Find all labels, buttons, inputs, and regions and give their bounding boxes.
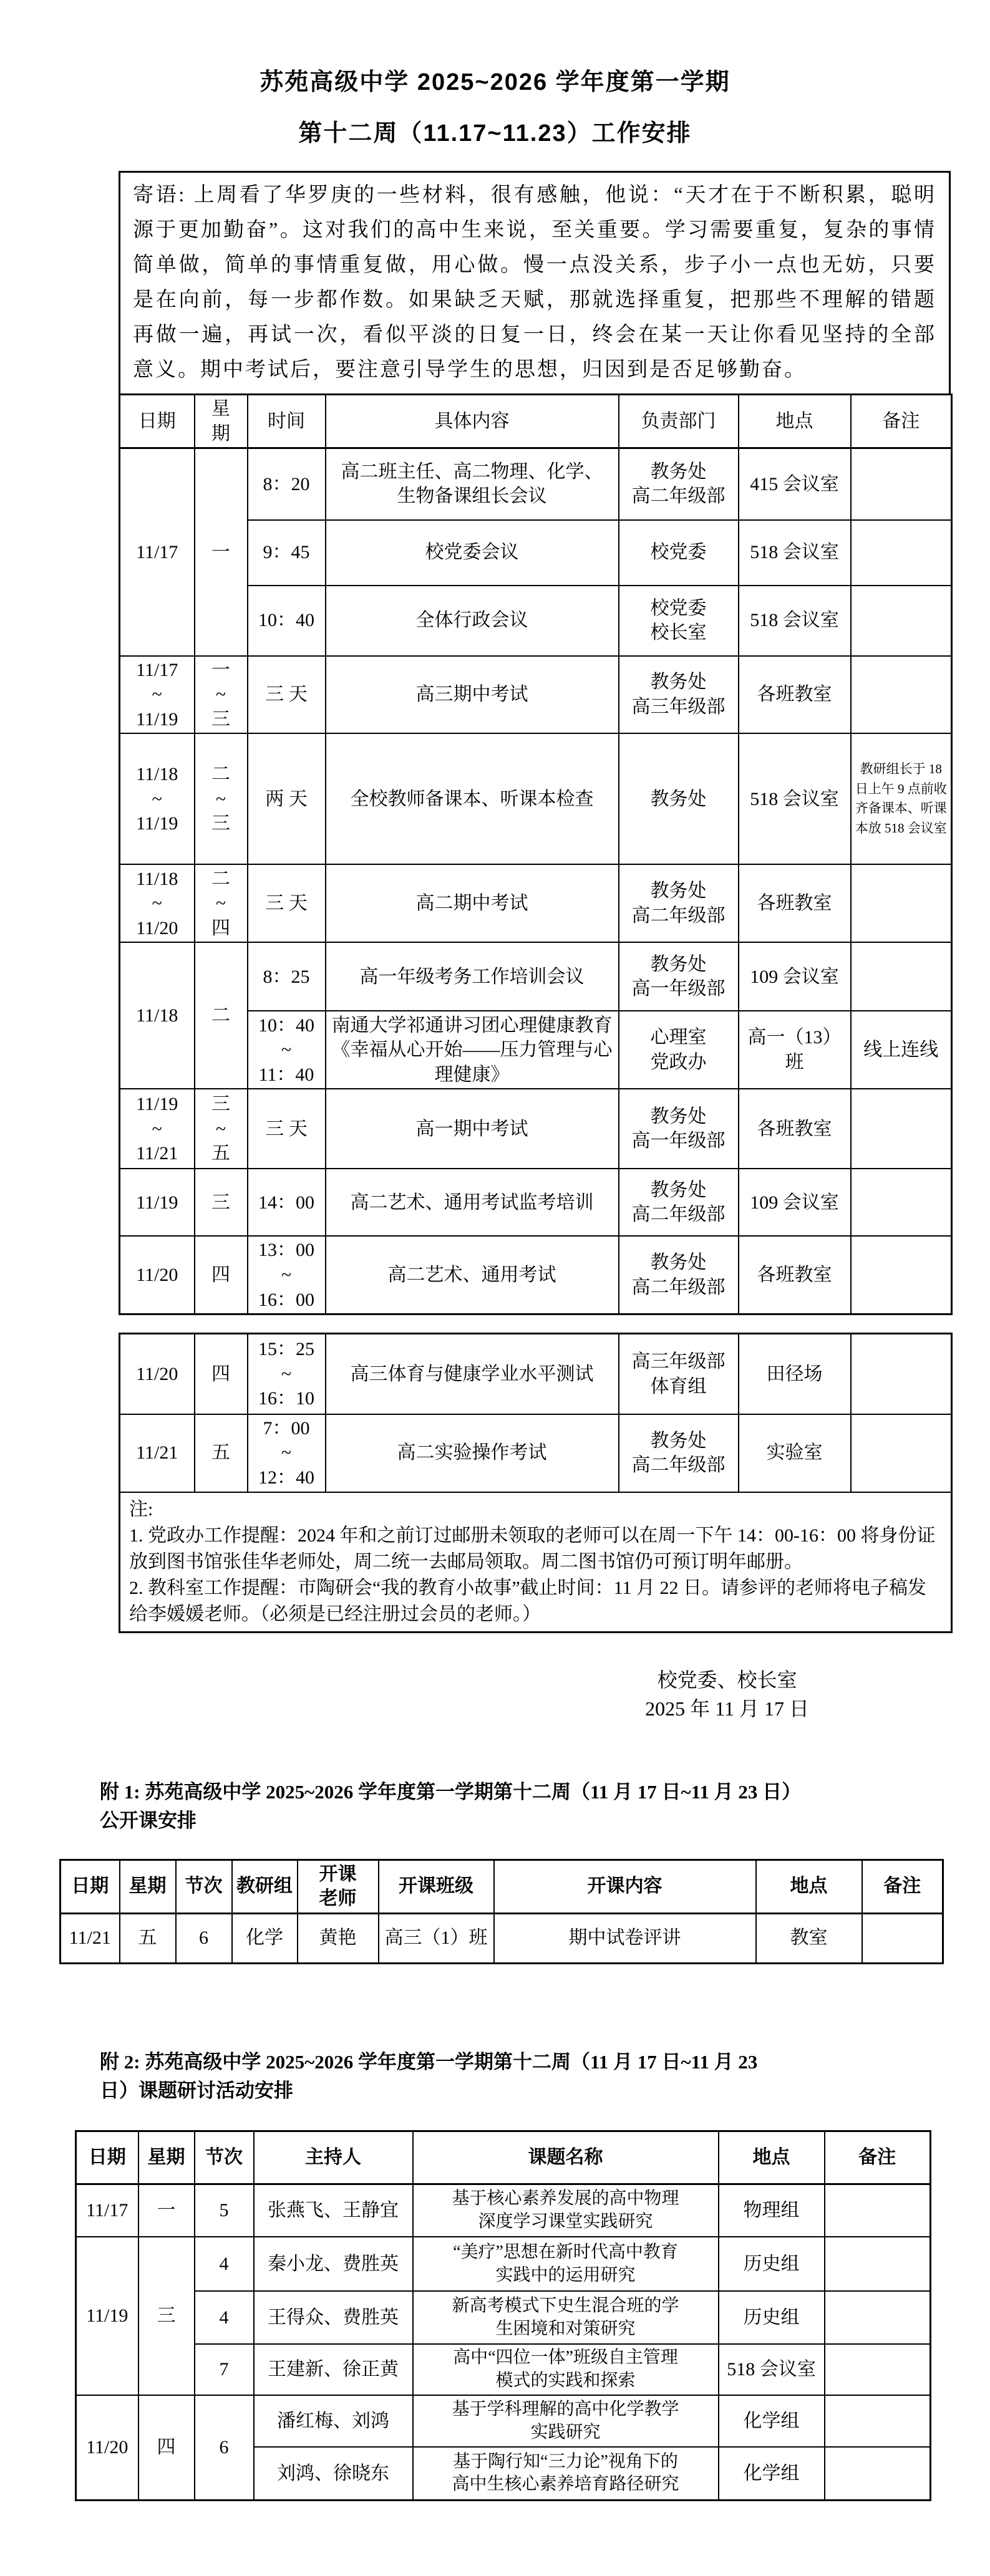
notes-cell: 注: 1. 党政办工作提醒：2024 年和之前订过邮册未领取的老师可以在周一下午… xyxy=(120,1492,952,1633)
cell-class: 高三（1）班 xyxy=(379,1913,494,1963)
annex2-table: 日期 星期 节次 主持人 课题名称 地点 备注 11/17 一 5 张燕飞、王静… xyxy=(75,2130,931,2501)
table-row: 11/17 ~ 11/19 一 ~ 三 三 天 高三期中考试 教务处 高三年级部… xyxy=(120,656,952,734)
cell-date: 11/20 xyxy=(120,1334,195,1414)
annex1-table: 日期 星期 节次 教研组 开课 老师 开课班级 开课内容 地点 备注 11/21… xyxy=(59,1859,944,1964)
schedule-table-continued: 11/20 四 15：25 ~ 16：10 高三体育与健康学业水平测试 高三年级… xyxy=(119,1333,953,1633)
table-row: 7 王建新、徐正黄 高中“四位一体”班级自主管理 模式的实践和探索 518 会议… xyxy=(76,2344,931,2395)
cell-week: 三 ~ 五 xyxy=(195,1089,248,1169)
table-row: 11/17 一 5 张燕飞、王静宜 基于核心素养发展的高中物理 深度学习课堂实践… xyxy=(76,2184,931,2237)
cell-dept: 心理室 党政办 xyxy=(619,1011,739,1089)
annex1-section: 日期 星期 节次 教研组 开课 老师 开课班级 开课内容 地点 备注 11/21… xyxy=(0,1859,990,1964)
cell-place: 518 会议室 xyxy=(739,586,851,656)
cell-place: 518 会议室 xyxy=(739,520,851,586)
cell-week: 一 ~ 三 xyxy=(195,656,248,734)
col-header-dept: 负责部门 xyxy=(619,395,739,448)
col-header-group: 教研组 xyxy=(232,1860,298,1913)
table-row: 11/20 四 13：00 ~ 16：00 高二艺术、通用考试 教务处 高二年级… xyxy=(120,1236,952,1314)
cell-content: 高二期中考试 xyxy=(326,864,619,942)
cell-date: 11/20 xyxy=(76,2395,138,2500)
col-header-note: 备注 xyxy=(862,1860,943,1913)
cell-time: 8：20 xyxy=(248,448,326,520)
cell-host: 张燕飞、王静宜 xyxy=(254,2184,413,2237)
signature-date: 2025 年 11 月 17 日 xyxy=(645,1694,809,1723)
table-row: 11/18 ~ 11/19 二 ~ 三 两 天 全校教师备课本、听课本检查 教务… xyxy=(120,733,952,864)
preamble-box: 寄语: 上周看了华罗庚的一些材料，很有感触，他说：“天才在于不断积累，聪明源于更… xyxy=(119,171,951,395)
cell-week: 四 xyxy=(195,1334,248,1414)
col-header-place: 地点 xyxy=(739,395,851,448)
cell-week: 一 xyxy=(138,2184,195,2237)
cell-content: 高二班主任、高二物理、化学、 生物备课组长会议 xyxy=(326,448,619,520)
cell-content: 高一年级考务工作培训会议 xyxy=(326,942,619,1011)
cell-note xyxy=(851,1414,952,1492)
bottom-margin xyxy=(0,2501,990,2576)
cell-content: 高三期中考试 xyxy=(326,656,619,734)
cell-content: 校党委会议 xyxy=(326,520,619,586)
col-header-week: 星期 xyxy=(120,1860,176,1913)
cell-date: 11/18 xyxy=(120,942,195,1089)
cell-place: 化学组 xyxy=(719,2395,825,2447)
cell-note xyxy=(851,1236,952,1314)
cell-time: 15：25 ~ 16：10 xyxy=(248,1334,326,1414)
page-title-line2: 第十二周（11.17~11.23）工作安排 xyxy=(0,118,990,148)
table-row: 11/21 五 7：00 ~ 12：40 高二实验操作考试 教务处 高二年级部 … xyxy=(120,1414,952,1492)
cell-note xyxy=(851,942,952,1011)
col-header-week: 星 期 xyxy=(195,395,248,448)
signature-block: 校党委、校长室 2025 年 11 月 17 日 xyxy=(645,1666,809,1723)
cell-note xyxy=(851,520,952,586)
cell-note xyxy=(825,2237,931,2291)
cell-week: 一 xyxy=(195,448,248,656)
col-header-topic: 课题名称 xyxy=(413,2131,719,2184)
cell-date: 11/19 xyxy=(76,2237,138,2395)
notes-row: 注: 1. 党政办工作提醒：2024 年和之前订过邮册未领取的老师可以在周一下午… xyxy=(120,1492,952,1633)
col-header-period: 节次 xyxy=(195,2131,254,2184)
cell-note xyxy=(851,656,952,734)
cell-dept: 高三年级部 体育组 xyxy=(619,1334,739,1414)
cell-place: 实验室 xyxy=(739,1414,851,1492)
cell-content: 高三体育与健康学业水平测试 xyxy=(326,1334,619,1414)
cell-teacher: 黄艳 xyxy=(298,1913,379,1963)
cell-dept: 教务处 高二年级部 xyxy=(619,864,739,942)
cell-note xyxy=(851,1334,952,1414)
cell-time: 三 天 xyxy=(248,864,326,942)
col-header-host: 主持人 xyxy=(254,2131,413,2184)
cell-content: 高二实验操作考试 xyxy=(326,1414,619,1492)
cell-place: 化学组 xyxy=(719,2447,825,2500)
col-header-date: 日期 xyxy=(76,2131,138,2184)
cell-period: 4 xyxy=(195,2237,254,2291)
cell-week: 四 xyxy=(138,2395,195,2500)
cell-note xyxy=(862,1913,943,1963)
cell-topic: “美疗”思想在新时代高中教育 实践中的运用研究 xyxy=(413,2237,719,2291)
col-header-place: 地点 xyxy=(719,2131,825,2184)
cell-content: 期中试卷评讲 xyxy=(494,1913,756,1963)
cell-time: 7：00 ~ 12：40 xyxy=(248,1414,326,1492)
document-page: 苏苑高级中学 2025~2026 学年度第一学期 第十二周（11.17~11.2… xyxy=(0,0,990,2576)
cell-date: 11/17 ~ 11/19 xyxy=(120,656,195,734)
cell-time: 两 天 xyxy=(248,733,326,864)
cell-place: 109 会议室 xyxy=(739,942,851,1011)
annex2-title: 附 2: 苏苑高级中学 2025~2026 学年度第一学期第十二周（11 月 1… xyxy=(100,2048,909,2105)
table-row: 11/18 二 8：25 高一年级考务工作培训会议 教务处 高一年级部 109 … xyxy=(120,942,952,1011)
schedule-header-row: 日期 星 期 时间 具体内容 负责部门 地点 备注 xyxy=(120,395,952,448)
col-header-week: 星期 xyxy=(138,2131,195,2184)
cell-place: 各班教室 xyxy=(739,864,851,942)
cell-week: 二 ~ 四 xyxy=(195,864,248,942)
cell-note xyxy=(825,2447,931,2500)
cell-note xyxy=(851,864,952,942)
cell-host: 王建新、徐正黄 xyxy=(254,2344,413,2395)
cell-dept: 教务处 高一年级部 xyxy=(619,1089,739,1169)
table-row: 11/17 一 8：20 高二班主任、高二物理、化学、 生物备课组长会议 教务处… xyxy=(120,448,952,520)
cell-note xyxy=(851,1089,952,1169)
col-header-teacher: 开课 老师 xyxy=(298,1860,379,1913)
cell-topic: 新高考模式下史生混合班的学 生困境和对策研究 xyxy=(413,2291,719,2344)
cell-place: 历史组 xyxy=(719,2237,825,2291)
cell-period: 6 xyxy=(195,2395,254,2500)
cell-date: 11/20 xyxy=(120,1236,195,1314)
cell-topic: 基于学科理解的高中化学教学 实践研究 xyxy=(413,2395,719,2447)
cell-dept: 教务处 高二年级部 xyxy=(619,1414,739,1492)
cell-dept: 教务处 高一年级部 xyxy=(619,942,739,1011)
cell-week: 三 xyxy=(138,2237,195,2395)
cell-time: 10：40 ~ 11：40 xyxy=(248,1011,326,1089)
annex2-header-row: 日期 星期 节次 主持人 课题名称 地点 备注 xyxy=(76,2131,931,2184)
table-row: 11/19 三 14：00 高二艺术、通用考试监考培训 教务处 高二年级部 10… xyxy=(120,1169,952,1236)
cell-content: 全校教师备课本、听课本检查 xyxy=(326,733,619,864)
cell-host: 刘鸿、徐晓东 xyxy=(254,2447,413,2500)
cell-date: 11/19 ~ 11/21 xyxy=(120,1089,195,1169)
cell-topic: 基于陶行知“三力论”视角下的 高中生核心素养培育路径研究 xyxy=(413,2447,719,2500)
cell-content: 全体行政会议 xyxy=(326,586,619,656)
page-break-gap xyxy=(0,1315,990,1333)
col-header-date: 日期 xyxy=(120,395,195,448)
col-header-date: 日期 xyxy=(61,1860,120,1913)
col-header-place: 地点 xyxy=(756,1860,862,1913)
cell-place: 历史组 xyxy=(719,2291,825,2344)
cell-week: 五 xyxy=(195,1414,248,1492)
cell-period: 5 xyxy=(195,2184,254,2237)
cell-period: 6 xyxy=(176,1913,232,1963)
cell-date: 11/21 xyxy=(120,1414,195,1492)
cell-place: 518 会议室 xyxy=(739,733,851,864)
col-header-note: 备注 xyxy=(851,395,952,448)
cell-time: 8：25 xyxy=(248,942,326,1011)
cell-week: 三 xyxy=(195,1169,248,1236)
table-row: 11/21 五 6 化学 黄艳 高三（1）班 期中试卷评讲 教室 xyxy=(61,1913,943,1963)
cell-place: 物理组 xyxy=(719,2184,825,2237)
cell-dept: 教务处 高二年级部 xyxy=(619,1236,739,1314)
annex1-title: 附 1: 苏苑高级中学 2025~2026 学年度第一学期第十二周（11 月 1… xyxy=(100,1778,909,1835)
cell-date: 11/21 xyxy=(61,1913,120,1963)
cell-place: 518 会议室 xyxy=(719,2344,825,2395)
col-header-content: 具体内容 xyxy=(326,395,619,448)
cell-content: 高二艺术、通用考试监考培训 xyxy=(326,1169,619,1236)
cell-time: 9：45 xyxy=(248,520,326,586)
cell-place: 各班教室 xyxy=(739,656,851,734)
cell-week: 五 xyxy=(120,1913,176,1963)
cell-content: 高二艺术、通用考试 xyxy=(326,1236,619,1314)
cell-note xyxy=(851,586,952,656)
annex2-section: 日期 星期 节次 主持人 课题名称 地点 备注 11/17 一 5 张燕飞、王静… xyxy=(0,2130,990,2501)
cell-place: 各班教室 xyxy=(739,1089,851,1169)
cell-date: 11/17 xyxy=(120,448,195,656)
cell-dept: 校党委 校长室 xyxy=(619,586,739,656)
cell-week: 二 ~ 三 xyxy=(195,733,248,864)
cell-note xyxy=(851,448,952,520)
cell-note xyxy=(825,2184,931,2237)
cell-week: 四 xyxy=(195,1236,248,1314)
cell-note: 教研组长于 18 日上午 9 点前收齐备课本、听课本放 518 会议室 xyxy=(851,733,952,864)
cell-place: 各班教室 xyxy=(739,1236,851,1314)
cell-time: 14：00 xyxy=(248,1169,326,1236)
cell-place: 教室 xyxy=(756,1913,862,1963)
cell-place: 高一（13） 班 xyxy=(739,1011,851,1089)
annex1-header-row: 日期 星期 节次 教研组 开课 老师 开课班级 开课内容 地点 备注 xyxy=(61,1860,943,1913)
schedule-table: 日期 星 期 时间 具体内容 负责部门 地点 备注 11/17 一 8：20 高… xyxy=(119,393,953,1315)
page-title: 苏苑高级中学 2025~2026 学年度第一学期 第十二周（11.17~11.2… xyxy=(0,0,990,148)
cell-date: 11/17 xyxy=(76,2184,138,2237)
cell-group: 化学 xyxy=(232,1913,298,1963)
cell-dept: 教务处 xyxy=(619,733,739,864)
cell-week: 二 xyxy=(195,942,248,1089)
cell-host: 秦小龙、费胜英 xyxy=(254,2237,413,2291)
cell-dept: 教务处 高二年级部 xyxy=(619,1169,739,1236)
cell-time: 10：40 xyxy=(248,586,326,656)
table-row: 4 王得众、费胜英 新高考模式下史生混合班的学 生困境和对策研究 历史组 xyxy=(76,2291,931,2344)
cell-place: 田径场 xyxy=(739,1334,851,1414)
cell-date: 11/19 xyxy=(120,1169,195,1236)
cell-time: 三 天 xyxy=(248,656,326,734)
col-header-note: 备注 xyxy=(825,2131,931,2184)
col-header-time: 时间 xyxy=(248,395,326,448)
col-header-class: 开课班级 xyxy=(379,1860,494,1913)
cell-topic: 高中“四位一体”班级自主管理 模式的实践和探索 xyxy=(413,2344,719,2395)
table-row: 11/19 三 4 秦小龙、费胜英 “美疗”思想在新时代高中教育 实践中的运用研… xyxy=(76,2237,931,2291)
cell-period: 4 xyxy=(195,2291,254,2344)
cell-note xyxy=(825,2395,931,2447)
cell-dept: 教务处 高三年级部 xyxy=(619,656,739,734)
table-row: 11/20 四 15：25 ~ 16：10 高三体育与健康学业水平测试 高三年级… xyxy=(120,1334,952,1414)
cell-host: 潘红梅、刘鸿 xyxy=(254,2395,413,2447)
cell-topic: 基于核心素养发展的高中物理 深度学习课堂实践研究 xyxy=(413,2184,719,2237)
cell-note: 线上连线 xyxy=(851,1011,952,1089)
cell-content: 高一期中考试 xyxy=(326,1089,619,1169)
cell-place: 415 会议室 xyxy=(739,448,851,520)
cell-note xyxy=(825,2291,931,2344)
table-row: 11/20 四 6 潘红梅、刘鸿 基于学科理解的高中化学教学 实践研究 化学组 xyxy=(76,2395,931,2447)
table-row: 11/18 ~ 11/20 二 ~ 四 三 天 高二期中考试 教务处 高二年级部… xyxy=(120,864,952,942)
col-header-period: 节次 xyxy=(176,1860,232,1913)
cell-period: 7 xyxy=(195,2344,254,2395)
cell-dept: 校党委 xyxy=(619,520,739,586)
table-row: 11/19 ~ 11/21 三 ~ 五 三 天 高一期中考试 教务处 高一年级部… xyxy=(120,1089,952,1169)
cell-time: 三 天 xyxy=(248,1089,326,1169)
cell-note xyxy=(825,2344,931,2395)
signature-org: 校党委、校长室 xyxy=(645,1666,809,1694)
cell-note xyxy=(851,1169,952,1236)
cell-date: 11/18 ~ 11/19 xyxy=(120,733,195,864)
cell-place: 109 会议室 xyxy=(739,1169,851,1236)
cell-host: 王得众、费胜英 xyxy=(254,2291,413,2344)
cell-date: 11/18 ~ 11/20 xyxy=(120,864,195,942)
cell-content: 南通大学祁通讲习团心理健康教育 《幸福从心开始——压力管理与心 理健康》 xyxy=(326,1011,619,1089)
col-header-content: 开课内容 xyxy=(494,1860,756,1913)
page-title-line1: 苏苑高级中学 2025~2026 学年度第一学期 xyxy=(0,67,990,97)
cell-dept: 教务处 高二年级部 xyxy=(619,448,739,520)
cell-time: 13：00 ~ 16：00 xyxy=(248,1236,326,1314)
